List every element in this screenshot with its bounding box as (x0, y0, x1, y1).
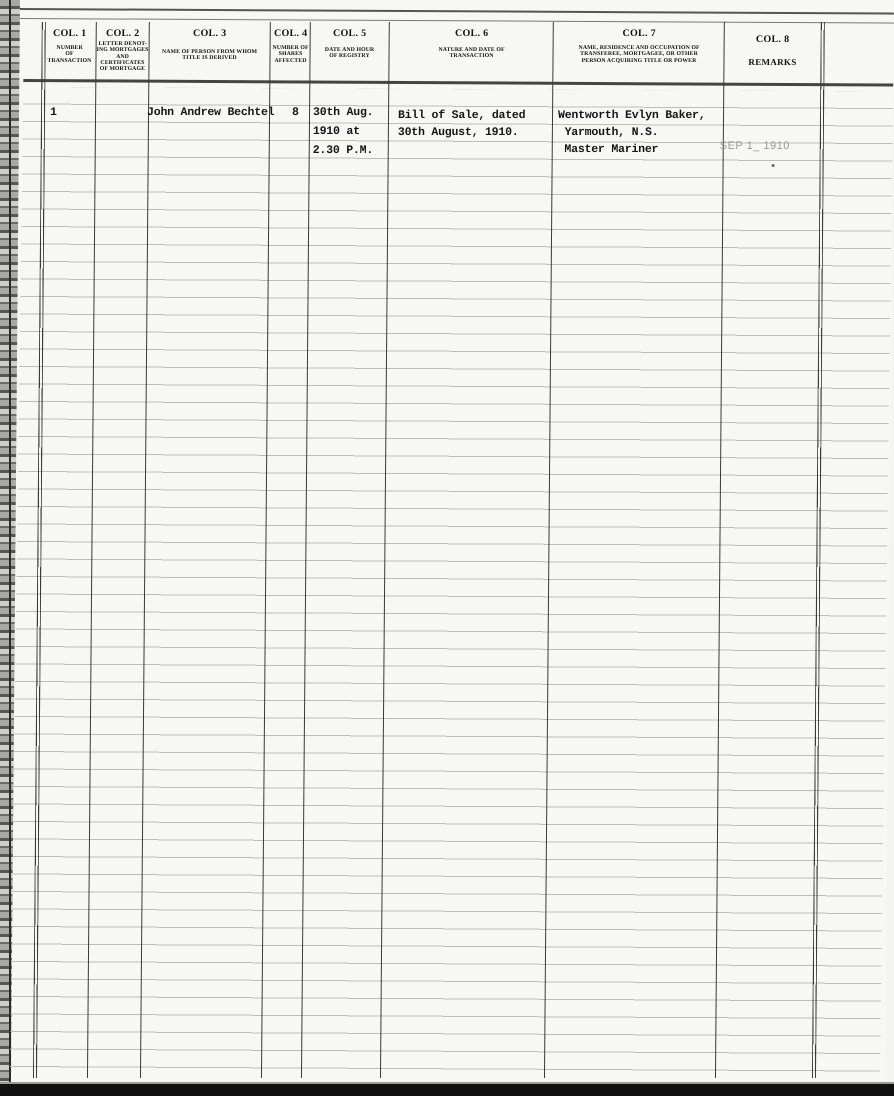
header-col1: COL. 1 NUMBER OF TRANSACTION (43, 28, 95, 64)
header-col4-line: AFFECTED (270, 58, 310, 64)
header-col2-line: ING MORTGAGES (97, 47, 149, 53)
header-col2-label: COL. 2 (97, 28, 149, 39)
entry-transferee-line: Wentworth Evlyn Baker, (558, 107, 706, 125)
header-col3: COL. 3 NAME OF PERSON FROM WHOM TITLE IS… (149, 28, 269, 62)
entry-transferee-line: Yarmouth, N.S. (558, 124, 659, 142)
page-bottom-edge (0, 1084, 894, 1096)
entry-registry-line: 30th Aug. (313, 104, 373, 122)
header-col4-label: COL. 4 (271, 28, 311, 39)
header-col1-label: COL. 1 (44, 28, 96, 39)
entry-registry-line: 2.30 P.M. (313, 142, 373, 160)
header-col2-line: OF MORTGAGE (96, 66, 148, 72)
entry-transaction-number: 1 (50, 104, 57, 122)
entry-shares: 8 (292, 104, 299, 122)
header-col5: COL. 5 DATE AND HOUR OF REGISTRY (311, 28, 389, 60)
entry-from-person: John Andrew Bechtel (147, 104, 274, 122)
header-col1-line: TRANSACTION (43, 58, 95, 64)
header-col5-line: OF REGISTRY (311, 53, 389, 59)
header-col3-line: TITLE IS DERIVED (149, 55, 269, 61)
header-col6-line: TRANSACTION (390, 53, 554, 59)
top-rule (20, 8, 894, 15)
header-col7-label: COL. 7 (554, 28, 725, 39)
header-col6-label: COL. 6 (390, 28, 554, 39)
header-col8-label: COL. 8 (725, 34, 821, 45)
ink-speck (772, 164, 775, 167)
header-col5-label: COL. 5 (311, 28, 389, 39)
entry-nature-line: Bill of Sale, dated (398, 107, 525, 125)
header-col4: COL. 4 NUMBER OF SHARES AFFECTED (270, 28, 310, 64)
top-rule-inner (20, 18, 894, 24)
header-col7-line: PERSON ACQUIRING TITLE OR POWER (553, 58, 724, 64)
entry-registry-line: 1910 at (313, 123, 360, 141)
header-col6: COL. 6 NATURE AND DATE OF TRANSACTION (390, 28, 554, 60)
header-col3-label: COL. 3 (150, 28, 270, 39)
header-col2: COL. 2 LETTER DENOT- ING MORTGAGES AND C… (96, 28, 148, 72)
entry-transferee-line: Master Mariner (558, 141, 659, 159)
binding-edge (9, 0, 11, 1096)
entry-nature-line: 30th August, 1910. (398, 124, 519, 142)
header-divider (23, 79, 893, 87)
ledger-page: COL. 1 NUMBER OF TRANSACTION COL. 2 LETT… (11, 0, 894, 1086)
remarks-date-stamp: SEP 1_ 1910 (720, 140, 790, 152)
ruled-lines (10, 87, 893, 1081)
header-col8: COL. 8 REMARKS (724, 34, 820, 67)
header-col8-remarks: REMARKS (724, 57, 820, 67)
header-col7: COL. 7 NAME, RESIDENCE AND OCCUPATION OF… (553, 28, 724, 64)
